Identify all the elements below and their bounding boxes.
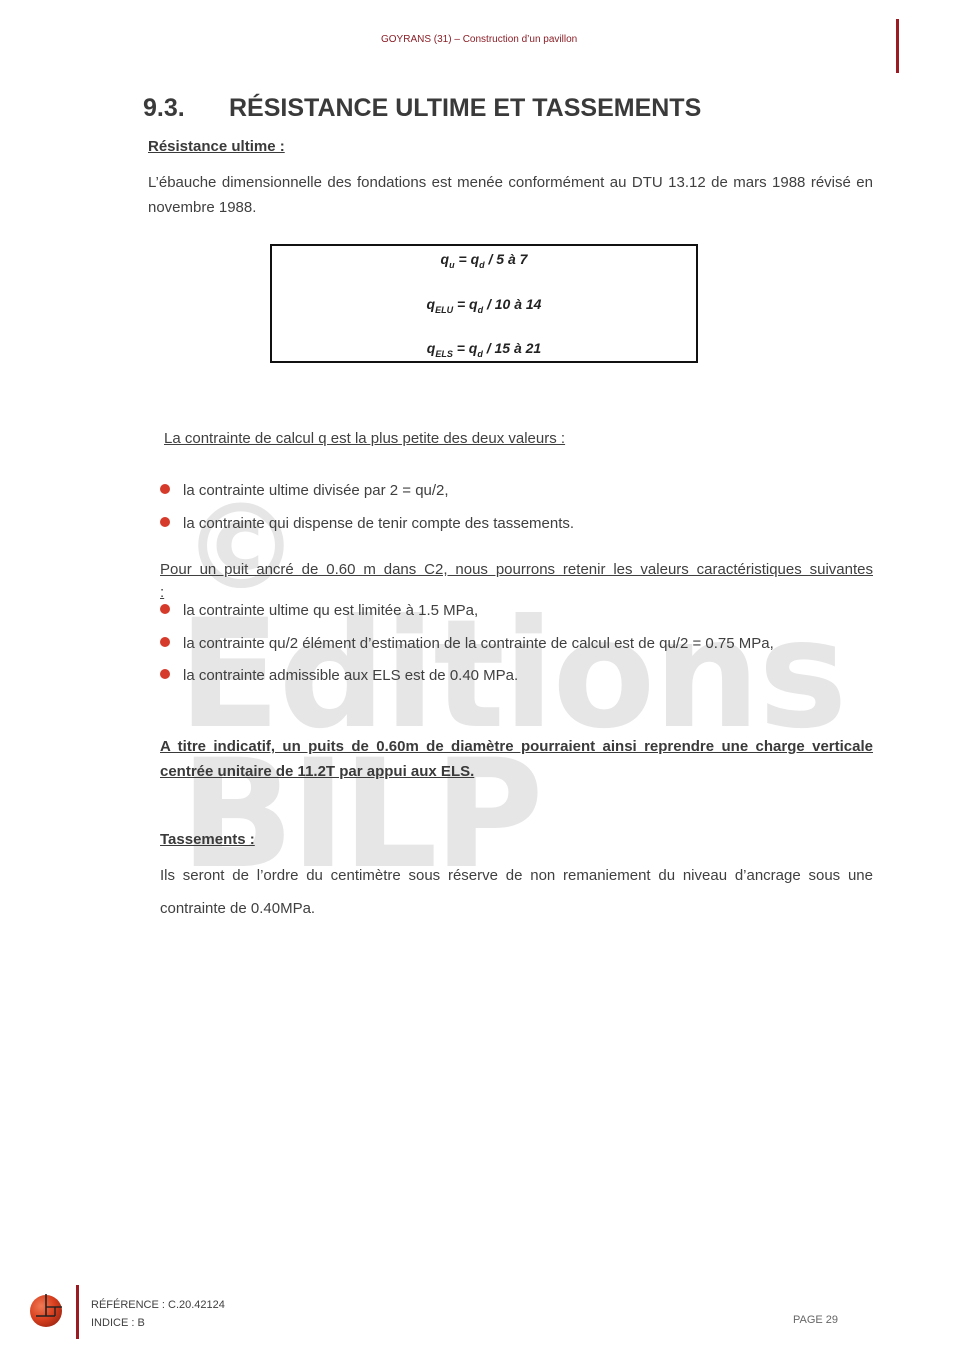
bullet-dot-icon <box>160 604 170 614</box>
document-page: GOYRANS (31) – Construction d’un pavillo… <box>0 0 962 1363</box>
subheading-tassements: Tassements : <box>160 831 255 848</box>
bullet-dot-icon <box>160 669 170 679</box>
page-number: PAGE 29 <box>793 1314 838 1326</box>
indicative-note-line2: centrée unitaire de 11.2T par appui aux … <box>160 759 474 784</box>
header-accent-bar <box>896 19 899 73</box>
intro-paragraph: L’ébauche dimensionnelle des fondations … <box>148 170 873 220</box>
bullet-dot-icon <box>160 484 170 494</box>
list-item: la contrainte qui dispense de tenir comp… <box>160 515 574 532</box>
list-item: la contrainte ultime qu est limitée à 1.… <box>160 602 478 619</box>
settlement-line2: contrainte de 0.40MPa. <box>160 896 315 921</box>
formula-qels: qELS = qd / 15 à 21 <box>272 340 696 359</box>
indicative-note-line1: A titre indicatif, un puits de 0.60m de … <box>160 734 873 759</box>
design-stress-intro: La contrainte de calcul q est la plus pe… <box>164 426 565 451</box>
section-title: RÉSISTANCE ULTIME ET TASSEMENTS <box>229 94 701 122</box>
footer-reference-block: RÉFÉRENCE : C.20.42124 INDICE : B <box>91 1296 225 1332</box>
bullet-dot-icon <box>160 637 170 647</box>
footer-indice: INDICE : B <box>91 1314 225 1332</box>
footer-accent-bar <box>76 1285 79 1339</box>
settlement-line1: Ils seront de l’ordre du centimètre sous… <box>160 863 873 888</box>
subheading-resistance-ultime: Résistance ultime : <box>148 138 285 155</box>
bullet-dot-icon <box>160 517 170 527</box>
list-item: la contrainte qu/2 élément d’estimation … <box>160 635 774 652</box>
section-heading: 9.3.RÉSISTANCE ULTIME ET TASSEMENTS <box>143 94 701 123</box>
formula-qu: qu = qd / 5 à 7 <box>272 251 696 270</box>
running-header-title: GOYRANS (31) – Construction d’un pavillo… <box>381 34 577 45</box>
company-logo-icon <box>29 1292 65 1328</box>
values-intro: Pour un puit ancré de 0.60 m dans C2, no… <box>160 557 873 582</box>
section-number: 9.3. <box>143 94 229 123</box>
formula-box: qu = qd / 5 à 7 qELU = qd / 10 à 14 qELS… <box>270 244 698 363</box>
list-item: la contrainte ultime divisée par 2 = qu/… <box>160 482 449 499</box>
formula-qelu: qELU = qd / 10 à 14 <box>272 296 696 315</box>
footer-reference: RÉFÉRENCE : C.20.42124 <box>91 1296 225 1314</box>
list-item: la contrainte admissible aux ELS est de … <box>160 667 518 684</box>
